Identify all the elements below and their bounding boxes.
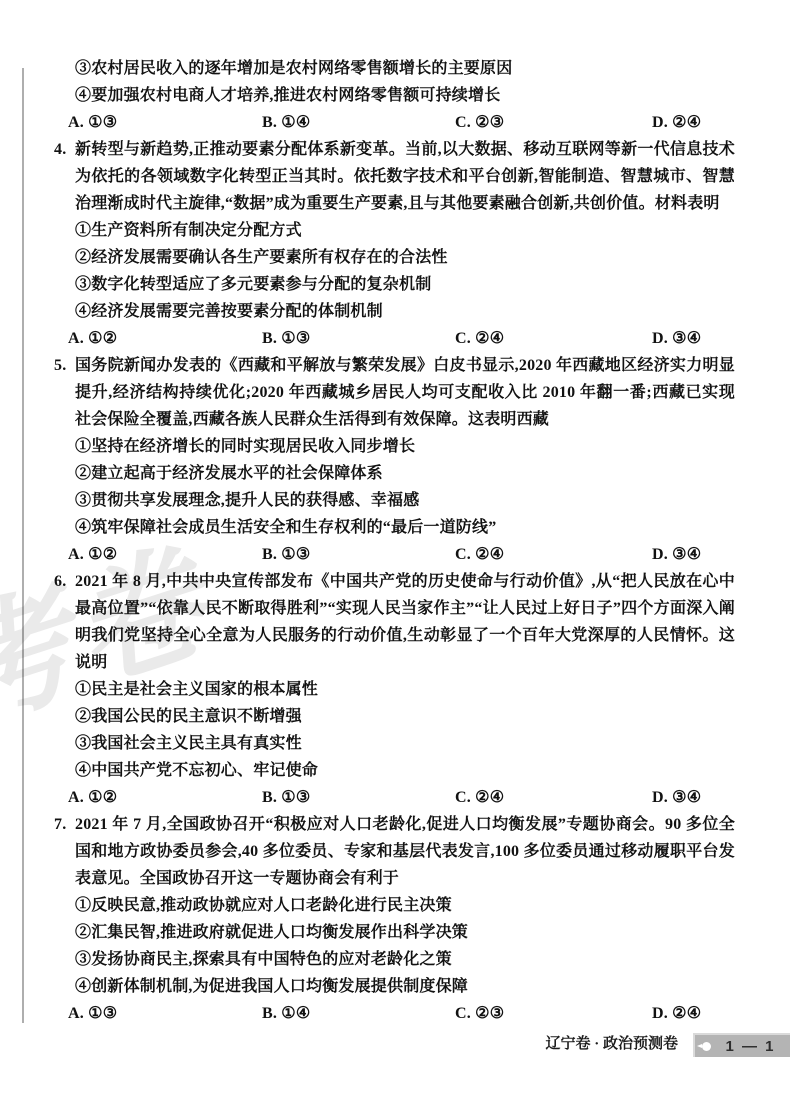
question-number: 5. [54, 352, 66, 379]
paper-title: 辽宁卷 · 政治预测卷 [545, 1031, 678, 1058]
option-line: ①民主是社会主义国家的根本属性 [55, 676, 735, 703]
option-line: ③农村居民收入的逐年增加是农村网络零售额增长的主要原因 [55, 55, 735, 82]
option-line: ①生产资料所有制决定分配方式 [55, 217, 735, 244]
option-line: ③发扬协商民主,探索具有中国特色的应对老龄化之策 [55, 946, 735, 973]
choices-row: A. ①② B. ①③ C. ②④ D. ③④ [68, 325, 735, 352]
option-line: ①反映民意,推动政协就应对人口老龄化进行民主决策 [55, 892, 735, 919]
choice-a: A. ①② [68, 541, 262, 568]
option-line: ②经济发展需要确认各生产要素所有权存在的合法性 [55, 244, 735, 271]
option-line: ③贯彻共享发展理念,提升人民的获得感、幸福感 [55, 487, 735, 514]
option-line: ②建立起高于经济发展水平的社会保障体系 [55, 460, 735, 487]
option-line: ④中国共产党不忘初心、牢记使命 [55, 757, 735, 784]
option-line: ④经济发展需要完善按要素分配的体制机制 [55, 298, 735, 325]
choice-c: C. ②③ [455, 109, 652, 136]
option-line: ①坚持在经济增长的同时实现居民收入同步增长 [55, 433, 735, 460]
choices-row: A. ①③ B. ①④ C. ②③ D. ②④ [68, 109, 735, 136]
choice-d: D. ②④ [652, 1000, 735, 1027]
option-line: ②汇集民智,推进政府就促进人口均衡发展作出科学决策 [55, 919, 735, 946]
choice-b: B. ①③ [262, 541, 455, 568]
question-stem-text: 新转型与新趋势,正推动要素分配体系新变革。当前,以大数据、移动互联网等新一代信息… [75, 141, 735, 212]
question-7: 7. 2021 年 7 月,全国政协召开“积极应对人口老龄化,促进人口均衡发展”… [55, 811, 735, 1027]
choice-c: C. ②④ [455, 784, 652, 811]
question-5: 5. 国务院新闻办发表的《西藏和平解放与繁荣发展》白皮书显示,2020 年西藏地… [55, 352, 735, 568]
choice-a: A. ①② [68, 784, 262, 811]
page-number: 1 — 1 [711, 1038, 790, 1055]
page-number-badge: 1 — 1 [693, 1033, 790, 1057]
choice-d: D. ③④ [652, 325, 735, 352]
choice-b: B. ①④ [262, 109, 455, 136]
choices-row: A. ①③ B. ①④ C. ②③ D. ②④ [68, 1000, 735, 1027]
question-4: 4. 新转型与新趋势,正推动要素分配体系新变革。当前,以大数据、移动互联网等新一… [55, 136, 735, 352]
question-number: 7. [54, 811, 66, 838]
choice-d: D. ③④ [652, 784, 735, 811]
choice-a: A. ①③ [68, 109, 262, 136]
question-number: 6. [54, 568, 66, 595]
question-number: 4. [54, 136, 66, 163]
exam-content: ③农村居民收入的逐年增加是农村网络零售额增长的主要原因 ④要加强农村电商人才培养… [0, 0, 790, 1027]
choice-c: C. ②③ [455, 1000, 652, 1027]
option-line: ②我国公民的民主意识不断增强 [55, 703, 735, 730]
choices-row: A. ①② B. ①③ C. ②④ D. ③④ [68, 784, 735, 811]
option-line: ③数字化转型适应了多元要素参与分配的复杂机制 [55, 271, 735, 298]
option-line: ③我国社会主义民主具有真实性 [55, 730, 735, 757]
question-stem-text: 2021 年 7 月,全国政协召开“积极应对人口老龄化,促进人口均衡发展”专题协… [75, 816, 735, 887]
question-stem: 5. 国务院新闻办发表的《西藏和平解放与繁荣发展》白皮书显示,2020 年西藏地… [55, 352, 735, 433]
choice-c: C. ②④ [455, 325, 652, 352]
choice-b: B. ①③ [262, 784, 455, 811]
question-stem-text: 2021 年 8 月,中共中央宣传部发布《中国共产党的历史使命与行动价值》,从“… [75, 573, 735, 671]
choices-row: A. ①② B. ①③ C. ②④ D. ③④ [68, 541, 735, 568]
question-stem: 7. 2021 年 7 月,全国政协召开“积极应对人口老龄化,促进人口均衡发展”… [55, 811, 735, 892]
question-stem: 6. 2021 年 8 月,中共中央宣传部发布《中国共产党的历史使命与行动价值》… [55, 568, 735, 676]
choice-c: C. ②④ [455, 541, 652, 568]
question-stem-text: 国务院新闻办发表的《西藏和平解放与繁荣发展》白皮书显示,2020 年西藏地区经济… [75, 357, 735, 428]
exam-page: 考卷 ③农村居民收入的逐年增加是农村网络零售额增长的主要原因 ④要加强农村电商人… [0, 0, 790, 1109]
page-footer: 辽宁卷 · 政治预测卷 1 — 1 [0, 1031, 790, 1058]
option-line: ④要加强农村电商人才培养,推进农村网络零售额可持续增长 [55, 82, 735, 109]
choice-a: A. ①③ [68, 1000, 262, 1027]
question-6: 6. 2021 年 8 月,中共中央宣传部发布《中国共产党的历史使命与行动价值》… [55, 568, 735, 811]
pointer-icon [702, 1042, 711, 1051]
option-line: ④筑牢保障社会成员生活安全和生存权利的“最后一道防线” [55, 514, 735, 541]
question-3-tail: ③农村居民收入的逐年增加是农村网络零售额增长的主要原因 ④要加强农村电商人才培养… [55, 55, 735, 136]
choice-b: B. ①④ [262, 1000, 455, 1027]
option-line: ④创新体制机制,为促进我国人口均衡发展提供制度保障 [55, 973, 735, 1000]
question-stem: 4. 新转型与新趋势,正推动要素分配体系新变革。当前,以大数据、移动互联网等新一… [55, 136, 735, 217]
choice-d: D. ③④ [652, 541, 735, 568]
choice-b: B. ①③ [262, 325, 455, 352]
choice-d: D. ②④ [652, 109, 735, 136]
choice-a: A. ①② [68, 325, 262, 352]
